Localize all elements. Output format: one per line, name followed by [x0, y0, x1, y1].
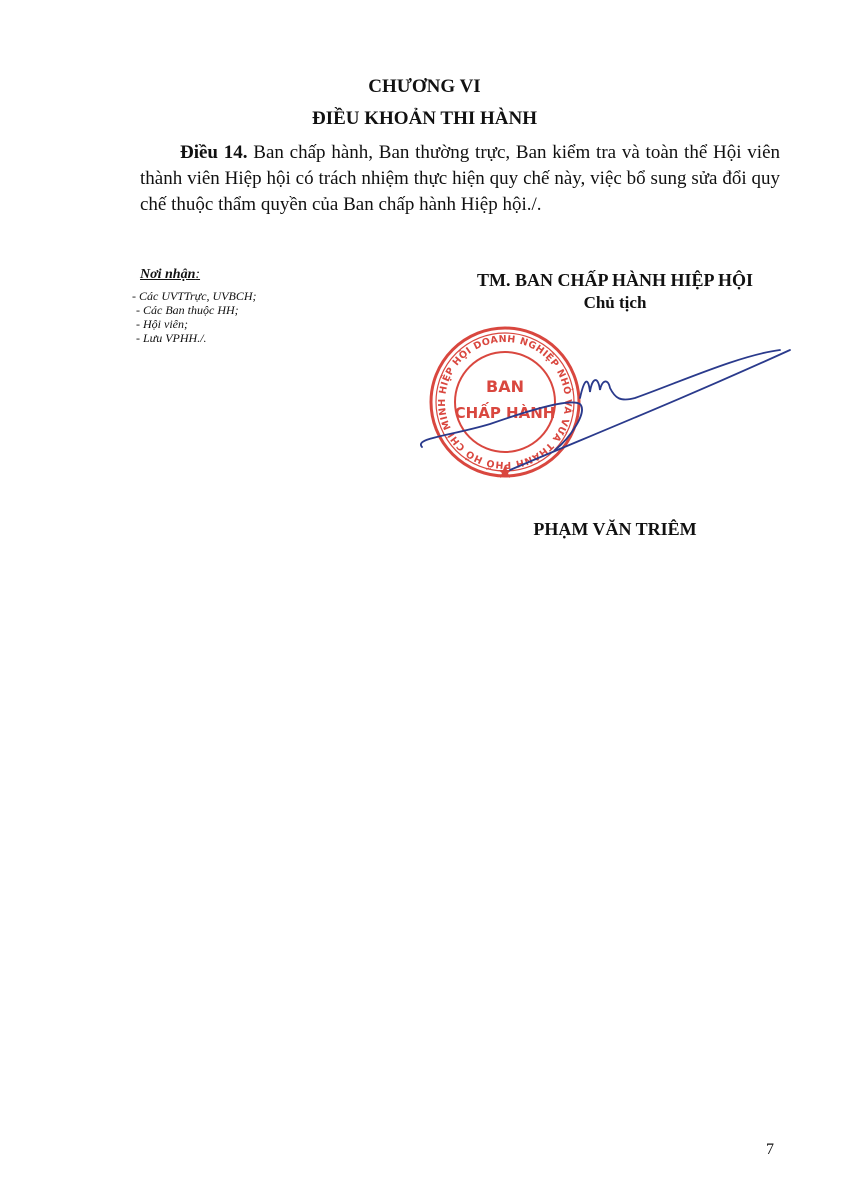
recipient-item: - Lưu VPHH./.	[132, 331, 257, 345]
signer-name: PHẠM VĂN TRIÊM	[440, 519, 790, 540]
recipients-block: Nơi nhận: - Các UVTTrực, UVBCH; - Các Ba…	[132, 267, 257, 345]
article-label: Điều 14.	[180, 142, 248, 163]
chapter-heading: CHƯƠNG VI	[0, 76, 849, 98]
official-stamp-icon: HIỆP HỘI DOANH NGHIỆP NHỎ VÀ VỪA THÀNH P…	[431, 328, 579, 478]
recipient-item: - Hội viên;	[132, 317, 257, 331]
page-number: 7	[766, 1141, 774, 1159]
recipient-item: - Các Ban thuộc HH;	[132, 303, 257, 317]
recipient-item: - Các UVTTrực, UVBCH;	[132, 289, 257, 303]
article-paragraph: Điều 14. Ban chấp hành, Ban thường trực,…	[140, 140, 780, 218]
stamp-and-signature: HIỆP HỘI DOANH NGHIỆP NHỎ VÀ VỪA THÀNH P…	[420, 320, 820, 490]
signature-role: Chủ tịch	[440, 293, 790, 313]
chapter-title: ĐIỀU KHOẢN THI HÀNH	[0, 108, 849, 130]
signature-organization: TM. BAN CHẤP HÀNH HIỆP HỘI	[440, 270, 790, 291]
svg-text:BAN: BAN	[486, 377, 524, 396]
recipients-heading: Nơi nhận:	[140, 267, 257, 283]
